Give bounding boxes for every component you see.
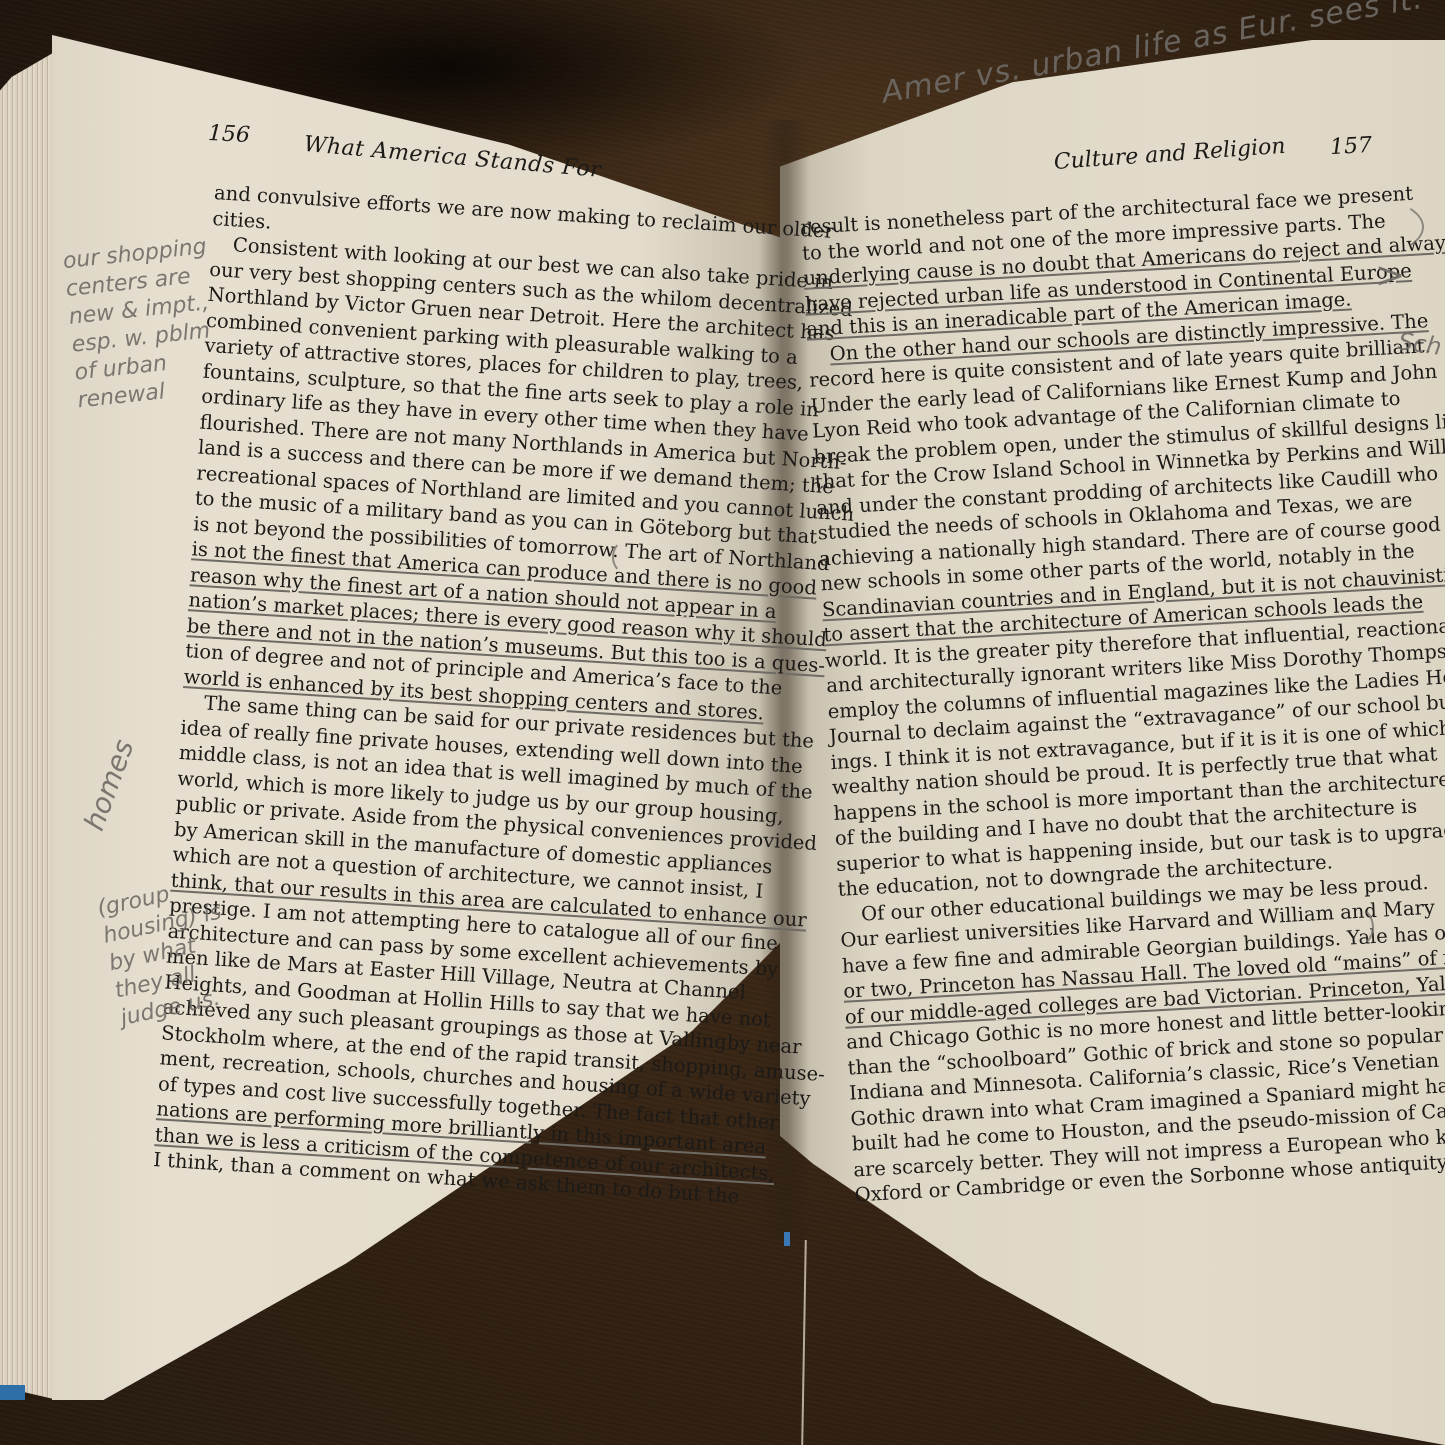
cover-edge [0, 1385, 25, 1400]
left-page-body: and convulsive efforts we are now making… [153, 180, 759, 1207]
handwritten-margin-note: Sch [1396, 327, 1443, 361]
pencil-arrow-mark: > [1375, 262, 1405, 290]
pencil-bracket [612, 540, 640, 574]
page-edges [0, 50, 58, 1400]
bookmark-ribbon [784, 1232, 790, 1246]
handwritten-margin-note: (group housing) is by what they all judg… [95, 867, 261, 1033]
page-number-left: 156 [207, 121, 250, 148]
right-page-body: result is nonetheless part of the archit… [800, 184, 1410, 1208]
pencil-bracket [1330, 905, 1374, 949]
page-number-right: 157 [1329, 133, 1372, 160]
pencil-bracket [1290, 195, 1424, 259]
handwritten-margin-note: our shopping centers are new & impt., es… [62, 233, 229, 416]
